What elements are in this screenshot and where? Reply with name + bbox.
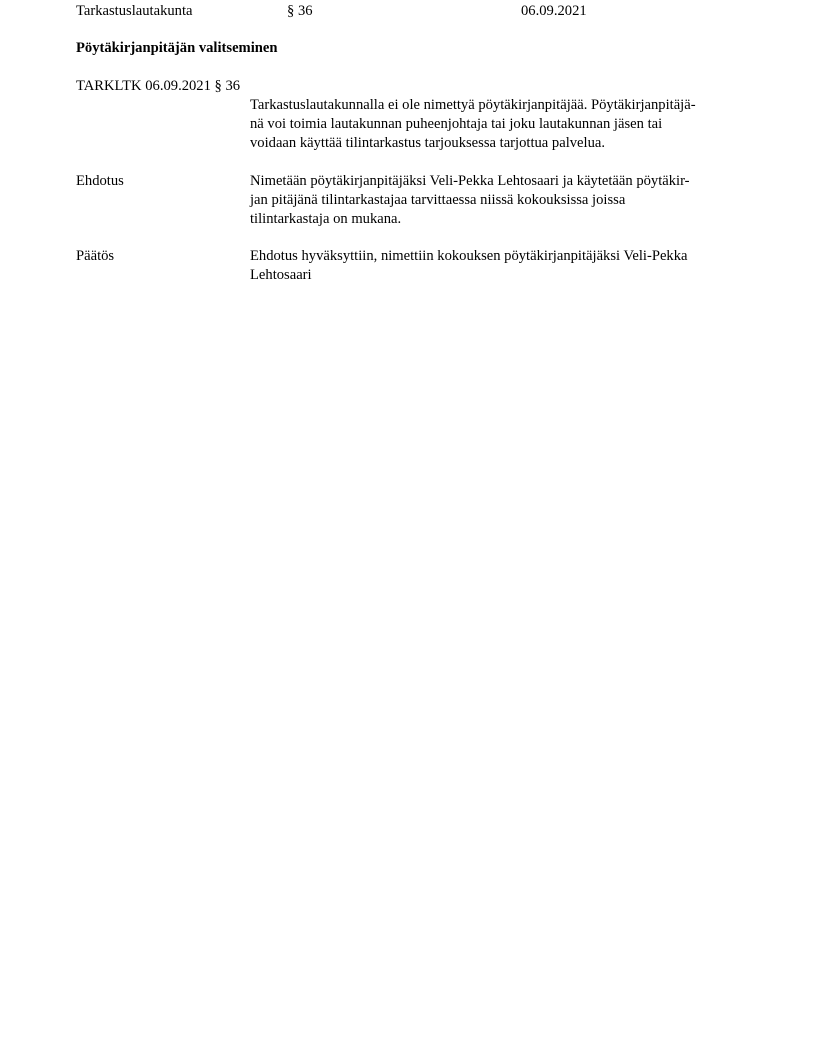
decision-text: Ehdotus hyväksyttiin, nimettiin kokoukse… [250,247,750,285]
header-date: 06.09.2021 [521,2,587,20]
decision-label: Päätös [76,247,114,265]
reference-line: TARKLTK 06.09.2021 § 36 [76,77,240,95]
proposal-label: Ehdotus [76,172,124,190]
document-title: Pöytäkirjanpitäjän valitseminen [76,39,277,57]
intro-paragraph: Tarkastuslautakunnalla ei ole nimettyä p… [250,96,750,153]
header-organ: Tarkastuslautakunta [76,2,193,20]
proposal-text: Nimetään pöytäkirjanpitäjäksi Veli-Pekka… [250,172,750,229]
header-section: § 36 [287,2,313,20]
